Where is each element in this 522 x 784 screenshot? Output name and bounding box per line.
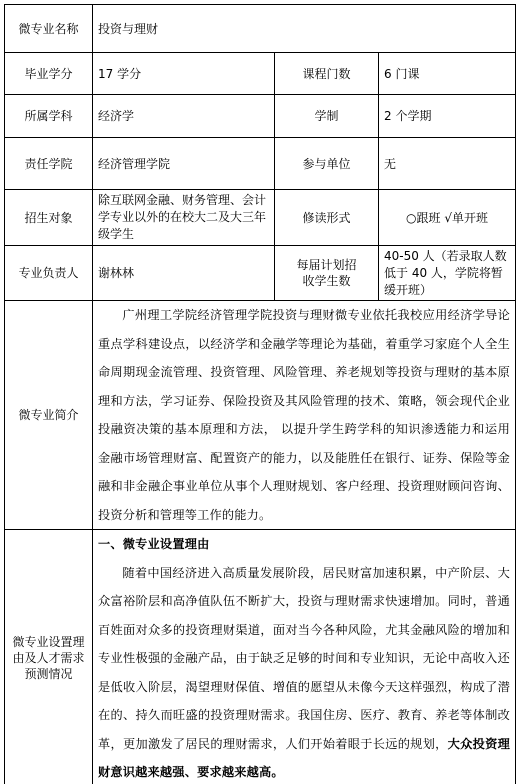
label-credits: 毕业学分 bbox=[5, 53, 93, 95]
label-enrollment: 招生对象 bbox=[5, 190, 93, 246]
reason-text: 随着中国经济进入高质量发展阶段，居民财富加速积累，中产阶层、大众富裕阶层和高净值… bbox=[98, 566, 510, 751]
label-major-name: 微专业名称 bbox=[5, 5, 93, 53]
value-plan-enrollment: 40-50 人（若录取人数低于 40 人，学院将暂缓开班） bbox=[379, 246, 516, 301]
row-college: 责任学院 经济管理学院 参与单位 无 bbox=[5, 138, 516, 190]
value-enrollment: 除互联网金融、财务管理、会计学专业以外的在校大二及大三年级学生 bbox=[93, 190, 275, 246]
label-leader: 专业负责人 bbox=[5, 246, 93, 301]
value-partner: 无 bbox=[379, 138, 516, 190]
intro-cell: 广州理工学院经济管理学院投资与理财微专业依托我校应用经济学导论重点学科建设点，以… bbox=[93, 301, 516, 530]
reason-cell: 一、微专业设置理由 随着中国经济进入高质量发展阶段，居民财富加速积累，中产阶层、… bbox=[93, 530, 516, 784]
label-intro: 微专业简介 bbox=[5, 301, 93, 530]
value-leader: 谢林林 bbox=[93, 246, 275, 301]
row-enrollment: 招生对象 除互联网金融、财务管理、会计学专业以外的在校大二及大三年级学生 修读形… bbox=[5, 190, 516, 246]
row-major-name: 微专业名称 投资与理财 bbox=[5, 5, 516, 53]
value-duration: 2 个学期 bbox=[379, 95, 516, 138]
value-discipline: 经济学 bbox=[93, 95, 275, 138]
reason-heading: 一、微专业设置理由 bbox=[98, 530, 510, 559]
value-course-count: 6 门课 bbox=[379, 53, 516, 95]
label-discipline: 所属学科 bbox=[5, 95, 93, 138]
row-credits: 毕业学分 17 学分 课程门数 6 门课 bbox=[5, 53, 516, 95]
micro-major-info-table: 微专业名称 投资与理财 毕业学分 17 学分 课程门数 6 门课 所属学科 经济… bbox=[4, 4, 516, 784]
value-major-name: 投资与理财 bbox=[93, 5, 516, 53]
label-reason: 微专业设置理由及人才需求预测情况 bbox=[5, 530, 93, 784]
intro-text: 广州理工学院经济管理学院投资与理财微专业依托我校应用经济学导论重点学科建设点，以… bbox=[98, 301, 510, 529]
value-study-mode: ○跟班 √单开班 bbox=[379, 190, 516, 246]
label-partner: 参与单位 bbox=[275, 138, 379, 190]
label-plan-enrollment: 每届计划招收学生数 bbox=[275, 246, 379, 301]
row-reason: 微专业设置理由及人才需求预测情况 一、微专业设置理由 随着中国经济进入高质量发展… bbox=[5, 530, 516, 784]
row-leader: 专业负责人 谢林林 每届计划招收学生数 40-50 人（若录取人数低于 40 人… bbox=[5, 246, 516, 301]
value-credits: 17 学分 bbox=[93, 53, 275, 95]
reason-paragraph: 随着中国经济进入高质量发展阶段，居民财富加速积累，中产阶层、大众富裕阶层和高净值… bbox=[98, 559, 510, 784]
label-duration: 学制 bbox=[275, 95, 379, 138]
value-college: 经济管理学院 bbox=[93, 138, 275, 190]
label-college: 责任学院 bbox=[5, 138, 93, 190]
row-discipline: 所属学科 经济学 学制 2 个学期 bbox=[5, 95, 516, 138]
row-intro: 微专业简介 广州理工学院经济管理学院投资与理财微专业依托我校应用经济学导论重点学… bbox=[5, 301, 516, 530]
label-study-mode: 修读形式 bbox=[275, 190, 379, 246]
label-course-count: 课程门数 bbox=[275, 53, 379, 95]
